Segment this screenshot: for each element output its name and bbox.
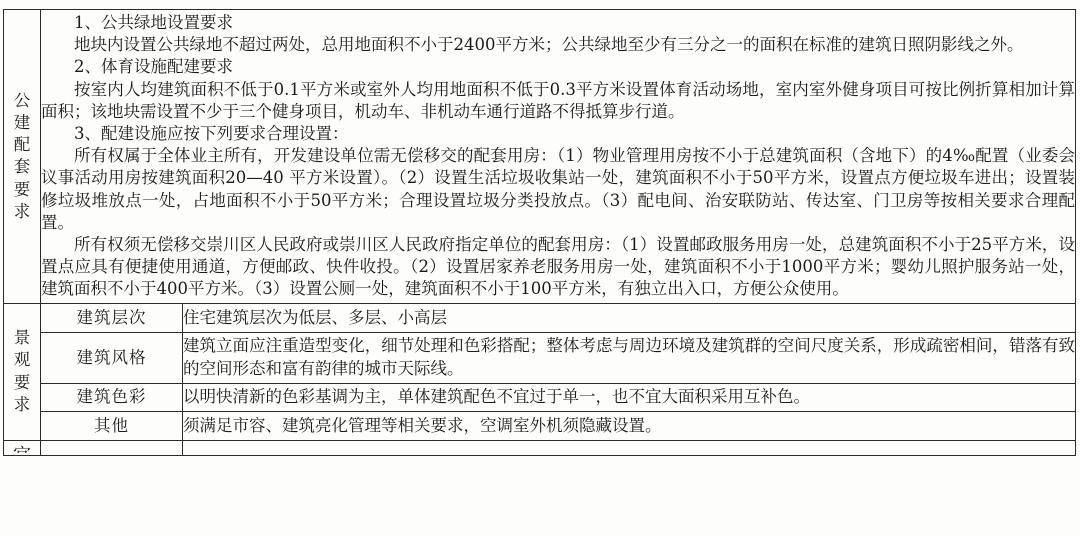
next-section-item (41, 440, 183, 455)
item-other: 其他 (41, 411, 183, 440)
public-facilities-label: 公 建 配 套 要 求 (4, 10, 41, 304)
heading-sports-facilities: 2、体育设施配建要求 (41, 56, 1075, 78)
label-char: 观 (4, 349, 40, 371)
landscape-row-building-levels: 景 观 要 求 建筑层次 住宅建筑层次为低层、多层、小高层 (4, 303, 1076, 332)
next-section-content (183, 440, 1076, 455)
public-facilities-content: 1、公共绿地设置要求 地块内设置公共绿地不超过两处，总用地面积不小于2400平方… (41, 10, 1076, 304)
next-section-label: 宜 (4, 440, 41, 455)
label-char: 建 (4, 112, 40, 134)
paragraph-sports-facilities: 按室内人均建筑面积不低于0.1平方米或室外人均用地面积不低于0.3平方米设置体育… (41, 79, 1075, 123)
paragraph-owner-facilities: 所有权属于全体业主所有，开发建设单位需无偿移交的配套用房：（1）物业管理用房按不… (41, 145, 1075, 234)
label-char: 宜 (4, 443, 40, 453)
planning-requirements-table: 公 建 配 套 要 求 1、公共绿地设置要求 地块内设置公共绿地不超过两处，总用… (3, 9, 1076, 456)
public-facilities-row: 公 建 配 套 要 求 1、公共绿地设置要求 地块内设置公共绿地不超过两处，总用… (4, 10, 1076, 304)
label-char: 求 (4, 394, 40, 416)
requirement-building-levels: 住宅建筑层次为低层、多层、小高层 (183, 303, 1076, 332)
label-char: 景 (4, 327, 40, 349)
label-char: 配 (4, 134, 40, 156)
paragraph-government-facilities: 所有权须无偿移交崇川区人民政府或崇川区人民政府指定单位的配套用房：（1）设置邮政… (41, 234, 1075, 301)
item-building-color: 建筑色彩 (41, 383, 183, 411)
landscape-row-building-color: 建筑色彩 以明快清新的色彩基调为主，单体建筑配色不宜过于单一，也不宜大面积采用互… (4, 383, 1076, 411)
label-char: 求 (4, 201, 40, 223)
item-building-levels: 建筑层次 (41, 303, 183, 332)
heading-supporting-facilities: 3、配建设施应按下列要求合理设置： (41, 123, 1075, 145)
requirement-other: 须满足市容、建筑亮化管理等相关要求，空调室外机须隐藏设置。 (183, 411, 1076, 440)
next-section-row: 宜 (4, 440, 1076, 455)
landscape-row-building-style: 建筑风格 建筑立面应注重造型变化，细节处理和色彩搭配；整体考虑与周边环境及建筑群… (4, 332, 1076, 383)
label-char: 公 (4, 90, 40, 112)
document-page: 公 建 配 套 要 求 1、公共绿地设置要求 地块内设置公共绿地不超过两处，总用… (0, 0, 1080, 537)
label-char: 套 (4, 156, 40, 178)
landscape-label: 景 观 要 求 (4, 303, 41, 440)
label-char: 要 (4, 179, 40, 201)
heading-green-space: 1、公共绿地设置要求 (41, 12, 1075, 34)
landscape-row-other: 其他 须满足市容、建筑亮化管理等相关要求，空调室外机须隐藏设置。 (4, 411, 1076, 440)
requirement-building-style: 建筑立面应注重造型变化，细节处理和色彩搭配；整体考虑与周边环境及建筑群的空间尺度… (183, 332, 1076, 383)
item-building-style: 建筑风格 (41, 332, 183, 383)
requirement-building-color: 以明快清新的色彩基调为主，单体建筑配色不宜过于单一，也不宜大面积采用互补色。 (183, 383, 1076, 411)
paragraph-green-space: 地块内设置公共绿地不超过两处，总用地面积不小于2400平方米；公共绿地至少有三分… (41, 34, 1075, 56)
label-char: 要 (4, 372, 40, 394)
